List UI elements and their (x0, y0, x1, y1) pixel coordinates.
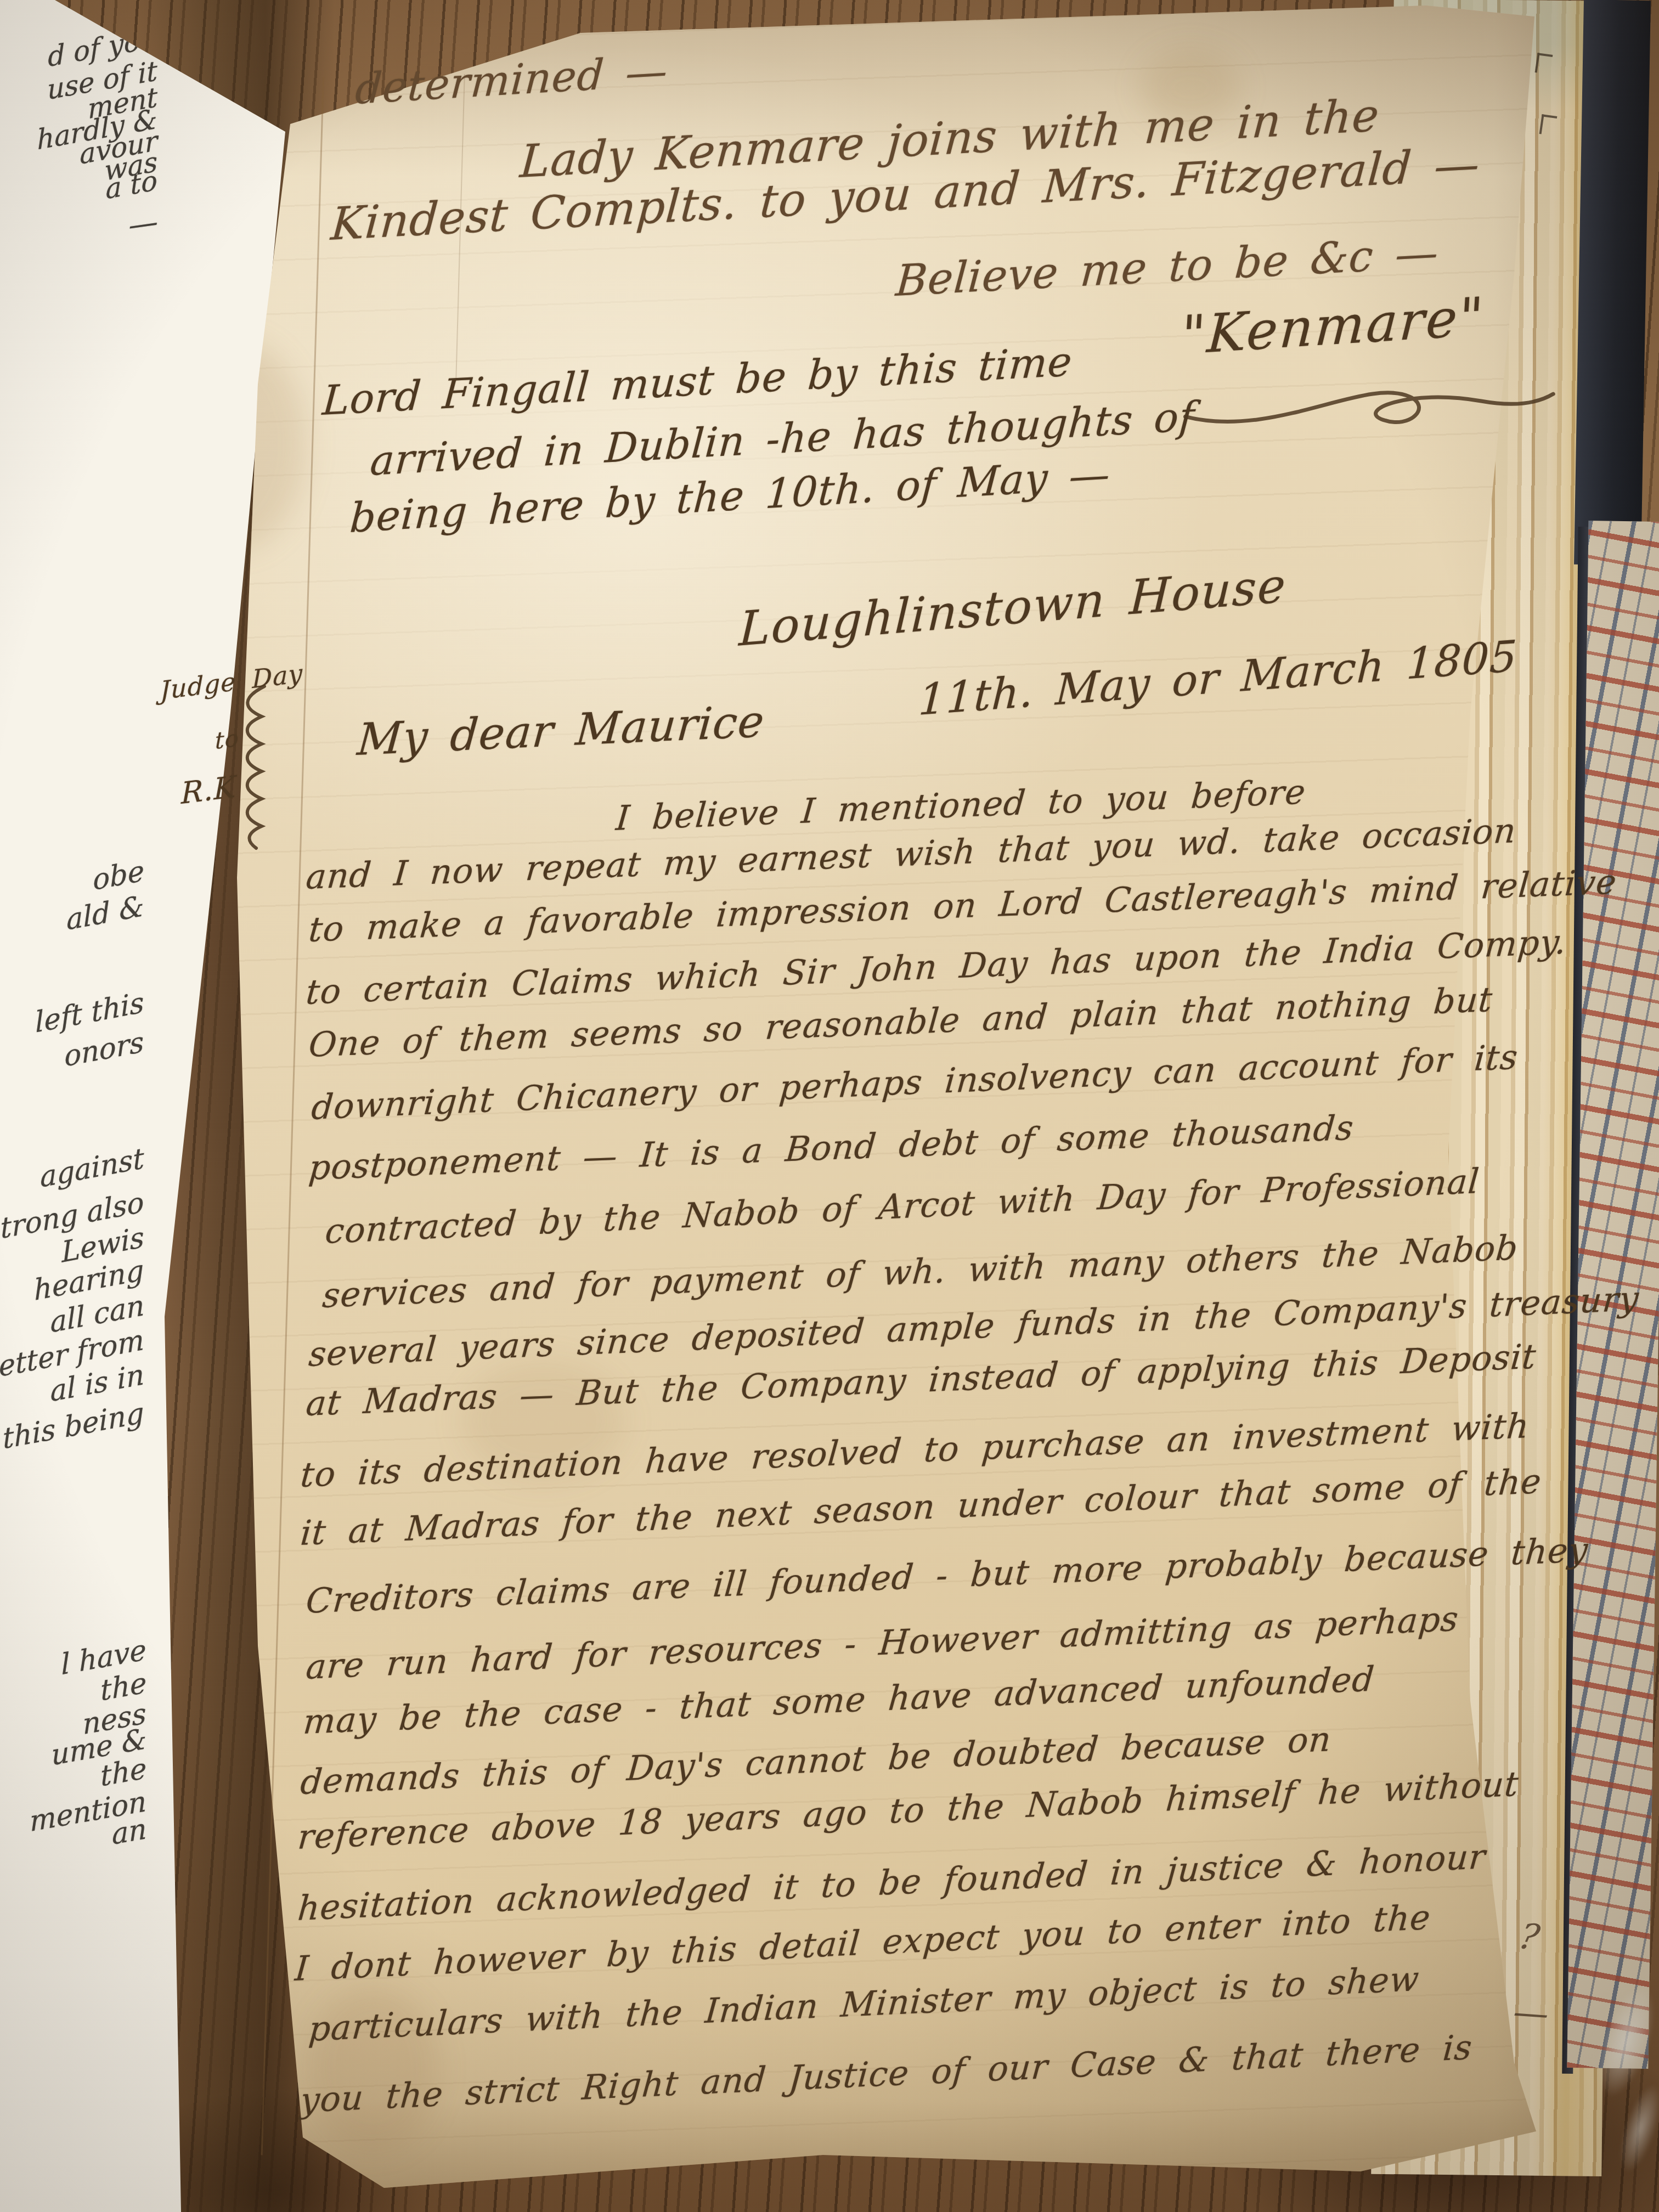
left-page-line: onors (64, 1025, 145, 1073)
left-page-line: — (129, 204, 158, 242)
manuscript-photo: d of you use of it ment hardly & avour w… (0, 0, 1659, 2212)
left-page-line: ald & (66, 889, 145, 937)
margin-note-recipient: R.K (181, 769, 236, 811)
left-page-line: against (39, 1142, 145, 1194)
book-cover-edge (1574, 0, 1651, 566)
margin-bracket-squiggle (232, 684, 286, 854)
fore-edge-ink-mark (1539, 114, 1558, 136)
fore-edge-ink-mark (1535, 53, 1553, 75)
left-page-line: this being (2, 1396, 145, 1455)
left-page-line: an (111, 1812, 147, 1852)
